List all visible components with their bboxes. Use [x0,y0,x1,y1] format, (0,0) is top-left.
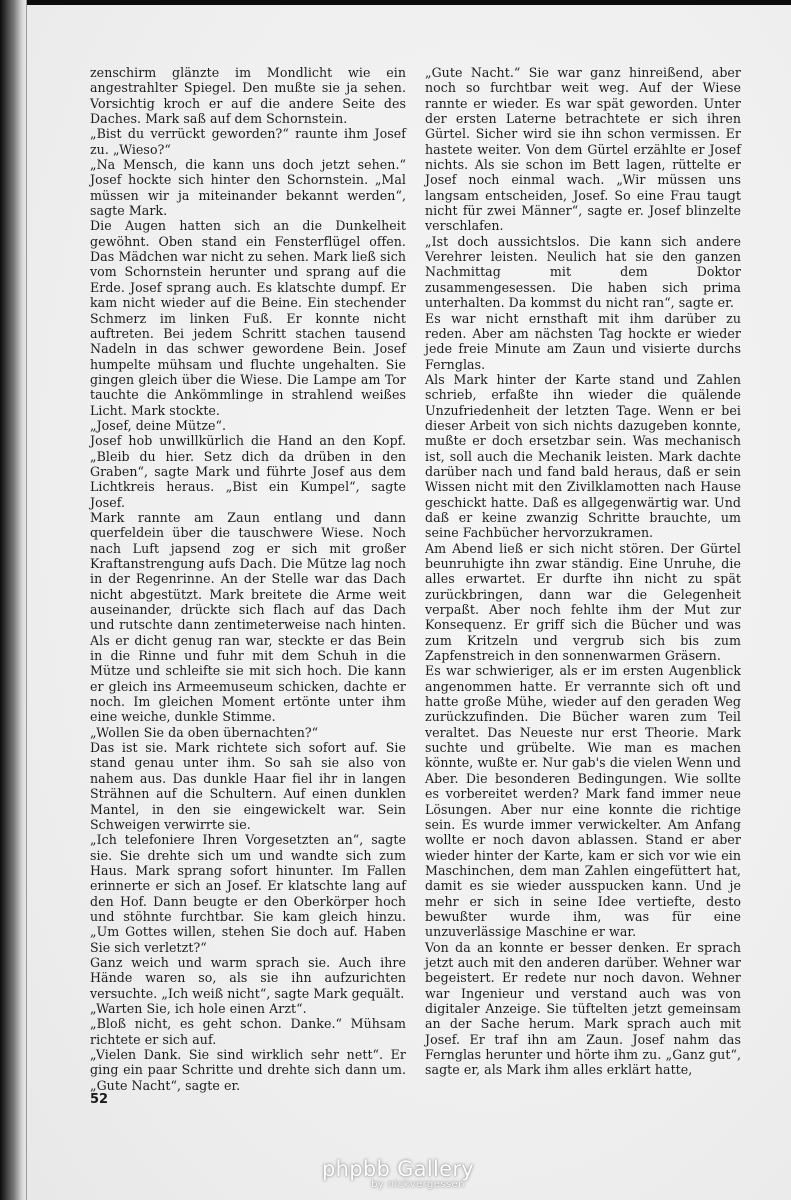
paragraph: Mark rannte am Zaun entlang und dann que… [90,510,406,725]
paragraph: Am Abend ließ er sich nicht stören. Der … [425,541,741,664]
text-column-left: zenschirm glänzte im Mondlicht wie ein a… [90,65,406,1093]
book-binding-edge [0,0,27,1200]
paragraph: Die Augen hatten sich an die Dunkelheit … [90,218,406,417]
paragraph: „Vielen Dank. Sie sind wirklich sehr net… [90,1047,406,1093]
paragraph: Es war schwieriger, als er im ersten Aug… [425,663,741,939]
paragraph: Das ist sie. Mark richtete sich sofort a… [90,740,406,832]
binding-fold-line [26,0,27,1200]
paragraph: „Ist doch aussichtslos. Die kann sich an… [425,234,741,311]
paragraph: Es war nicht ernsthaft mit ihm darüber z… [425,311,741,372]
paragraph: „Bist du verrückt geworden?“ raunte ihm … [90,126,406,157]
watermark-title: phpbb Gallery [308,1158,488,1180]
paragraph: „Ich telefoniere Ihren Vorgesetzten an“,… [90,832,406,955]
paragraph: zenschirm glänzte im Mondlicht wie ein a… [90,65,406,126]
paragraph: Josef hob unwillkürlich die Hand an den … [90,433,406,510]
page-number: 52 [90,1092,108,1107]
text-column-right: „Gute Nacht.“ Sie war ganz hinreißend, a… [425,65,741,1078]
paragraph: „Bloß nicht, es geht schon. Danke.“ Mühs… [90,1016,406,1047]
paragraph: „Gute Nacht.“ Sie war ganz hinreißend, a… [425,65,741,234]
paragraph: „Josef, deine Mütze“. [90,418,406,433]
paragraph: „Wollen Sie da oben übernachten?“ [90,725,406,740]
paragraph: „Na Mensch, die kann uns doch jetzt sehe… [90,157,406,218]
watermark: phpbb Gallery by nickvergessen [308,1158,488,1190]
watermark-subtitle: by nickvergessen [348,1180,488,1190]
paragraph: Ganz weich und warm sprach sie. Auch ihr… [90,955,406,1001]
paragraph: Von da an konnte er besser denken. Er sp… [425,940,741,1078]
paragraph: „Warten Sie, ich hole einen Arzt“. [90,1001,406,1016]
paragraph: Als Mark hinter der Karte stand und Zahl… [425,372,741,541]
